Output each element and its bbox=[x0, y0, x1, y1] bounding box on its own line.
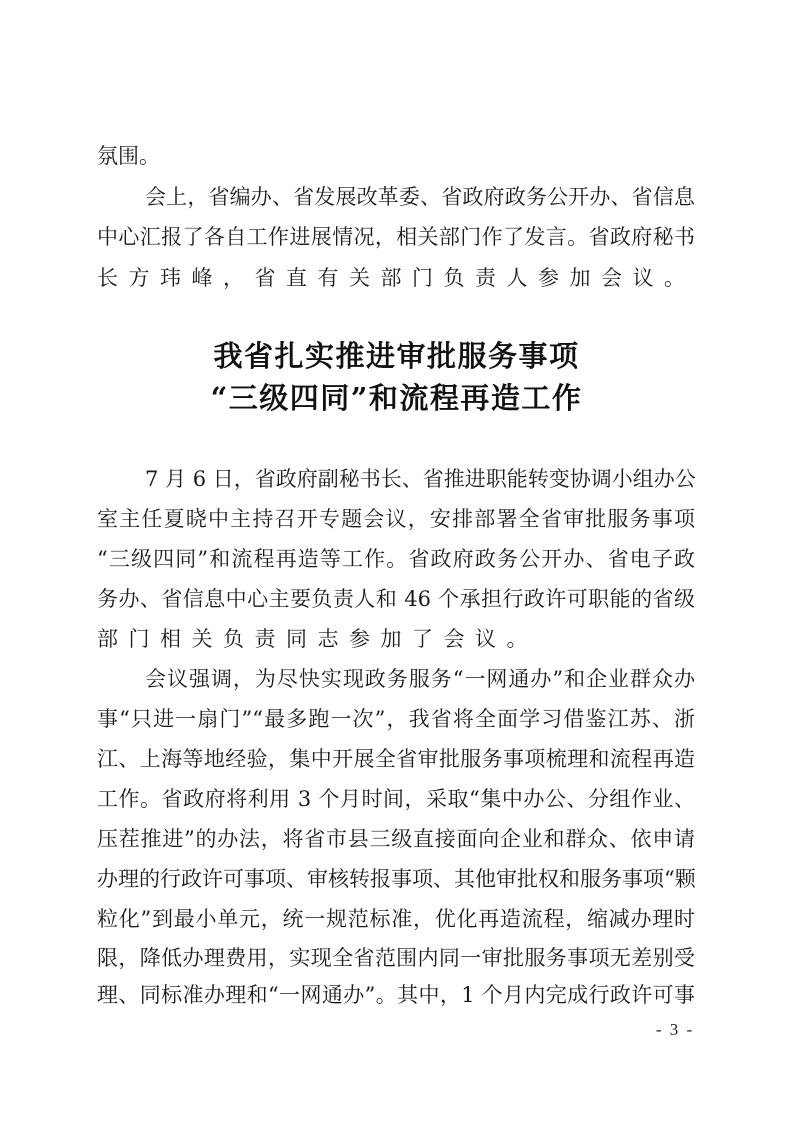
continuation-line: 氛围。 bbox=[97, 141, 695, 171]
paragraph-1-line: 长方玮峰，省直有关部门负责人参加会议。 bbox=[97, 263, 695, 293]
paragraph-2-line: 室主任夏晓中主持召开专题会议，安排部署全省审批服务事项 bbox=[97, 504, 695, 534]
article-title-line: 我省扎实推进审批服务事项 bbox=[0, 338, 793, 374]
article-title-line: “三级四同”和流程再造工作 bbox=[0, 380, 793, 416]
paragraph-3-line: 限，降低办理费用，实现全省范围内同一审批服务事项无差别受 bbox=[97, 943, 695, 973]
paragraph-3-line: 压茬推进”的办法，将省市县三级直接面向企业和群众、依申请 bbox=[97, 824, 695, 854]
paragraph-3-line: 会议强调，为尽快实现政务服务“一网通办”和企业群众办 bbox=[145, 664, 695, 694]
paragraph-2-line: 7 月 6 日，省政府副秘书长、省推进职能转变协调小组办公 bbox=[145, 464, 695, 494]
paragraph-2-line: 部门相关负责同志参加了会议。 bbox=[97, 624, 695, 654]
paragraph-3-line: 工作。省政府将利用 3 个月时间，采取“集中办公、分组作业、 bbox=[97, 784, 695, 814]
paragraph-3-line: 粒化”到最小单元，统一规范标准，优化再造流程，缩减办理时 bbox=[97, 904, 695, 934]
paragraph-2-line: 务办、省信息中心主要负责人和 46 个承担行政许可职能的省级 bbox=[97, 584, 695, 614]
paragraph-3-line: 江、上海等地经验，集中开展全省审批服务事项梳理和流程再造 bbox=[97, 744, 695, 774]
paragraph-3-line: 办理的行政许可事项、审核转报事项、其他审批权和服务事项“颗 bbox=[97, 864, 695, 894]
paragraph-2-line: “三级四同”和流程再造等工作。省政府政务公开办、省电子政 bbox=[97, 544, 695, 574]
paragraph-3-line: 理、同标准办理和“一网通办”。其中，1 个月内完成行政许可事 bbox=[97, 980, 695, 1010]
paragraph-3-line: 事“只进一扇门”“最多跑一次”，我省将全面学习借鉴江苏、浙 bbox=[97, 704, 695, 734]
paragraph-1-line: 中心汇报了各自工作进展情况，相关部门作了发言。省政府秘书 bbox=[97, 222, 695, 252]
page-number: - 3 - bbox=[640, 1018, 710, 1042]
document-page: 氛围。 会上，省编办、省发展改革委、省政府政务公开办、省信息 中心汇报了各自工作… bbox=[0, 0, 793, 1122]
paragraph-1-line: 会上，省编办、省发展改革委、省政府政务公开办、省信息 bbox=[145, 182, 695, 212]
